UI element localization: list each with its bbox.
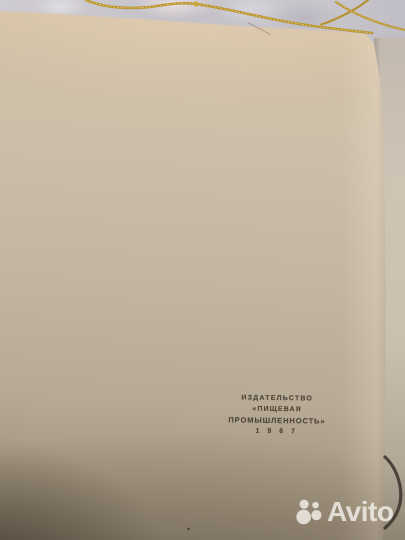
- page-edge-mark: [0, 0, 405, 540]
- avito-watermark: Avito: [295, 496, 393, 527]
- photo-scene: ИЗДАТЕЛЬСТВО «ПИЩЕВАЯ ПРОМЫШЛЕННОСТЬ» 1 …: [0, 0, 405, 540]
- avito-watermark-label: Avito: [327, 498, 393, 526]
- avito-dots-icon: [295, 496, 326, 527]
